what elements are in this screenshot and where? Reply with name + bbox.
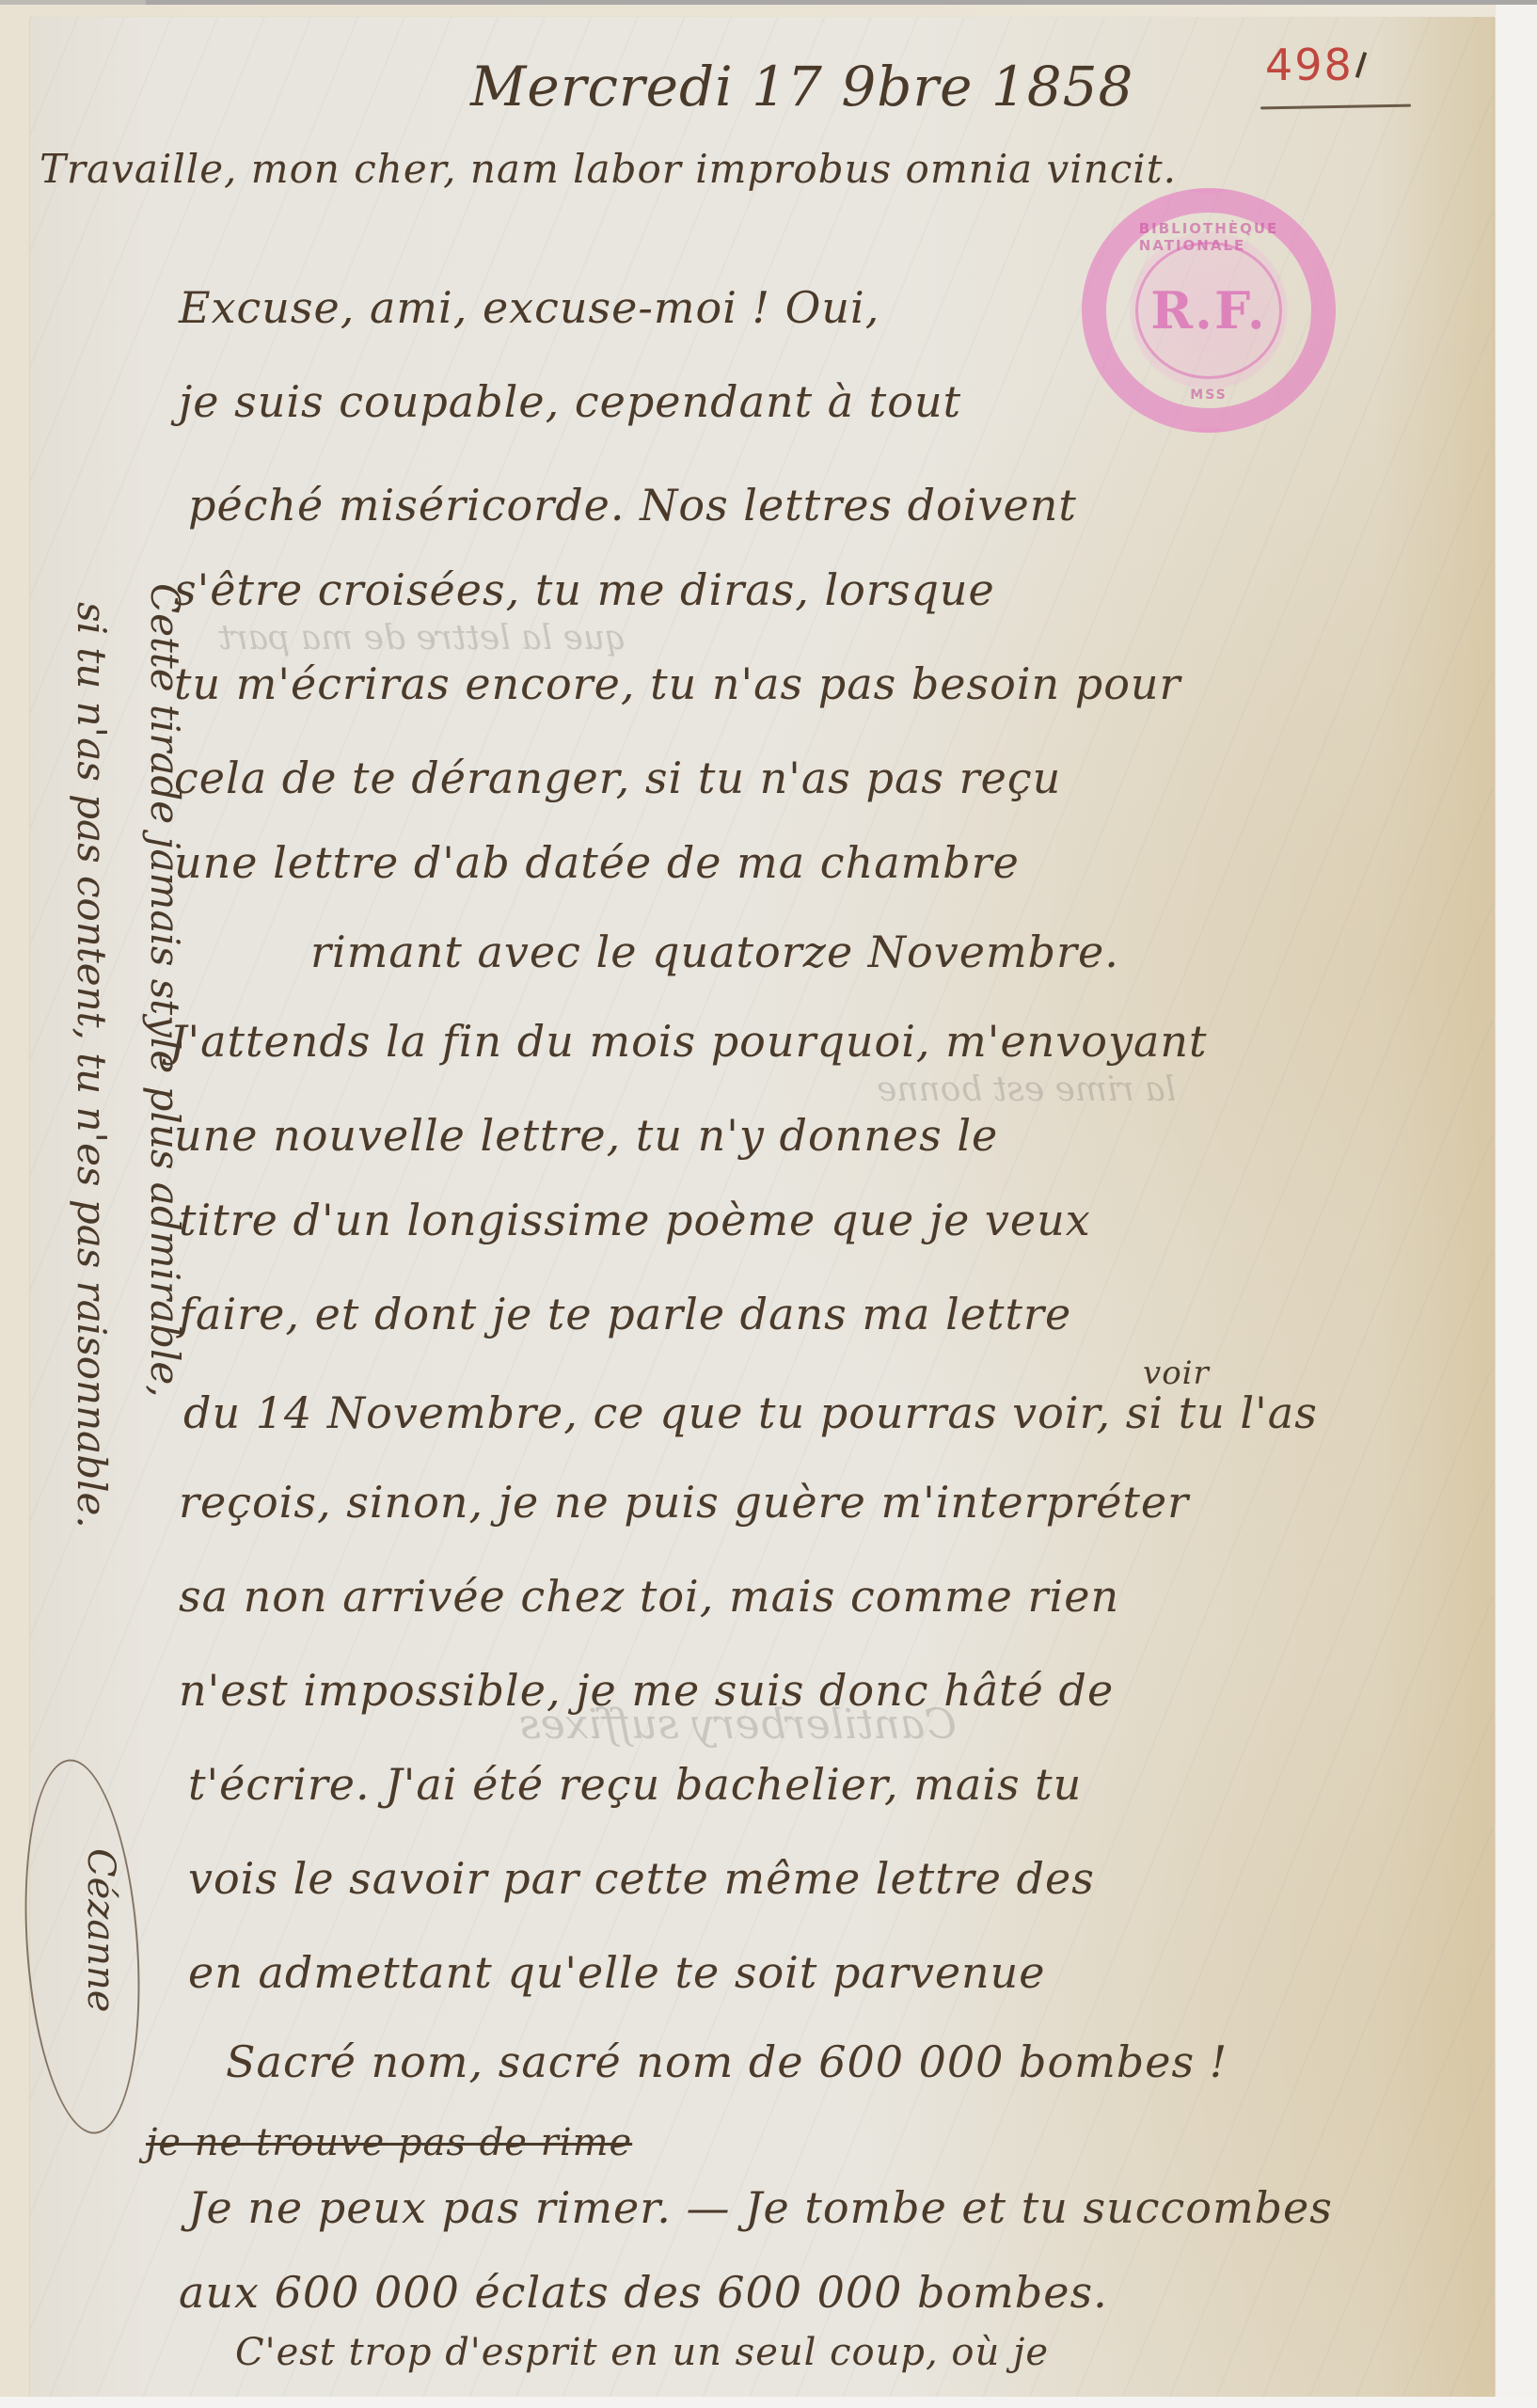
body-line: t'écrire. J'ai été reçu bachelier, mais … <box>188 1759 1082 1810</box>
body-line: Excuse, ami, excuse-moi ! Oui, <box>179 282 879 333</box>
stamp-bottom-text: MSS <box>1190 388 1227 403</box>
stamp-center-text: R.F. <box>1150 280 1266 341</box>
body-line: n'est impossible, je me suis donc hâté d… <box>179 1665 1114 1716</box>
body-line: s'être croisées, tu me diras, lorsque <box>174 564 995 615</box>
letter-date: Mercredi 17 9bre 1858 <box>470 55 1133 119</box>
body-line: une lettre d'ab datée de ma chambre <box>174 837 1020 888</box>
body-line: J'attends la fin du mois pourquoi, m'env… <box>169 1016 1208 1067</box>
library-stamp: BIBLIOTHÈQUE NATIONALE R.F. MSS <box>1082 188 1336 433</box>
body-line: Je ne peux pas rimer. — Je tombe et tu s… <box>188 2182 1333 2233</box>
body-line: tu m'écriras encore, tu n'as pas besoin … <box>174 658 1181 709</box>
stamp-inner-ring: R.F. <box>1135 242 1282 379</box>
body-line: en admettant qu'elle te soit parvenue <box>188 1947 1046 1998</box>
body-line: péché miséricorde. Nos lettres doivent <box>188 480 1077 531</box>
bleed-through-text: que la lettre de ma part <box>218 619 626 657</box>
letter-motto: Travaille, mon cher, nam labor improbus … <box>40 146 1177 192</box>
body-line: titre d'un longissime poème que je veux <box>179 1195 1091 1245</box>
body-line: rimant avec le quatorze Novembre. <box>310 927 1119 977</box>
body-line: faire, et dont je te parle dans ma lettr… <box>179 1289 1071 1339</box>
bleed-through-text: la rime est bonne <box>877 1070 1176 1109</box>
body-line: reçois, sinon, je ne puis guère m'interp… <box>179 1477 1189 1528</box>
body-line: du 14 Novembre, ce que tu pourras voir, … <box>183 1387 1318 1438</box>
folio-number: 498 <box>1265 40 1354 90</box>
interlinear-insert: voir <box>1143 1354 1210 1392</box>
margin-note-line: si tu n'as pas content, tu n'es pas rais… <box>69 602 115 1529</box>
body-line: Sacré nom, sacré nom de 600 000 bombes ! <box>226 2036 1228 2087</box>
body-line: une nouvelle lettre, tu n'y donnes le <box>174 1110 998 1161</box>
body-line: je suis coupable, cependant à tout <box>179 376 961 427</box>
struck-through-line: je ne trouve pas de rime <box>146 2121 632 2164</box>
signature: Cézanne <box>79 1848 122 2012</box>
scan-bottom-edge <box>0 2397 1537 2408</box>
body-line: aux 600 000 éclats des 600 000 bombes. <box>179 2267 1108 2318</box>
body-line: C'est trop d'esprit en un seul coup, où … <box>235 2331 1049 2374</box>
body-line: cela de te déranger, si tu n'as pas reçu <box>174 752 1061 803</box>
margin-note-line: Cette tirade jamais style plus admirable… <box>142 583 188 1398</box>
body-line: vois le savoir par cette même lettre des <box>188 1853 1095 1904</box>
body-line: sa non arrivée chez toi, mais comme rien <box>179 1571 1119 1622</box>
